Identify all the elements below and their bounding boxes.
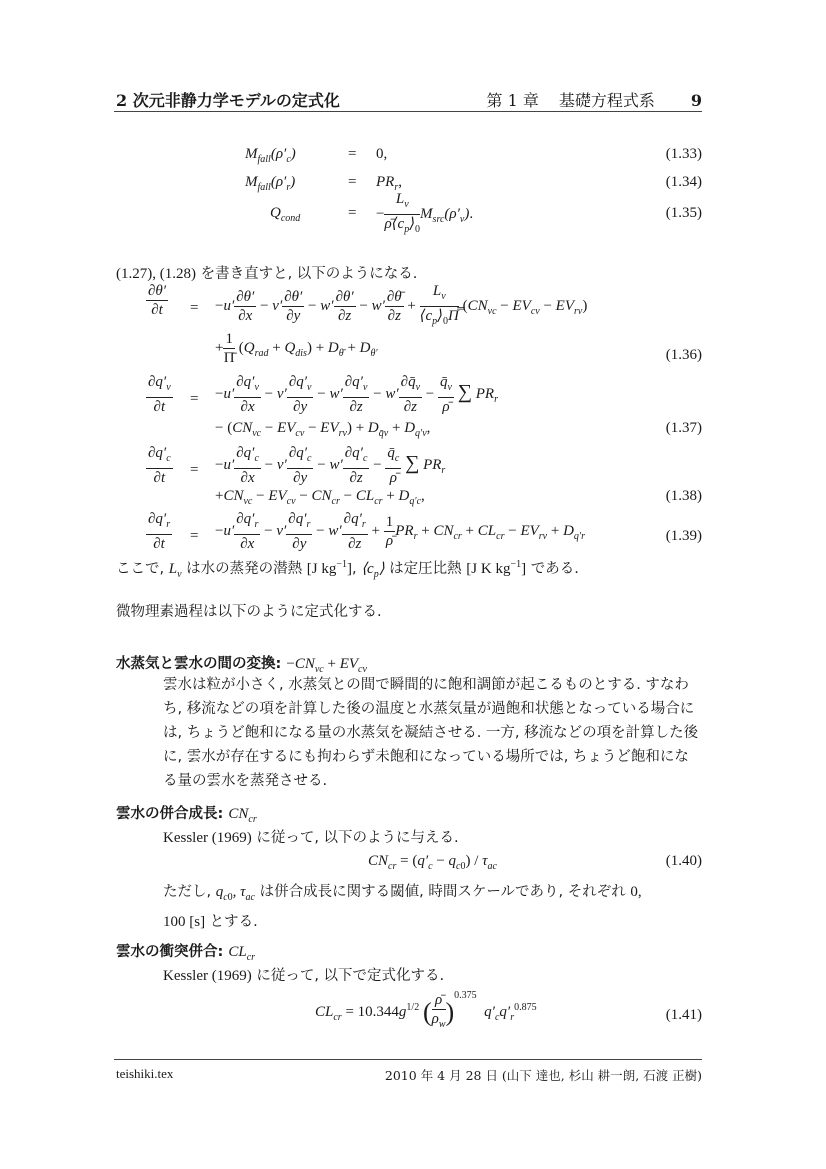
header-rule bbox=[114, 111, 702, 112]
eq-1-38-rhs-line1: −u′∂q′c∂x − v′∂q′c∂y − w′∂q′c∂z − q̄cρ̄ … bbox=[215, 444, 445, 487]
eq-1-35-lhs: Qcond bbox=[270, 205, 300, 224]
eq-1-37-lhs: ∂q′v∂t bbox=[146, 373, 173, 416]
eq-1-40: CNcr = (q′c − qc0) / τac bbox=[368, 853, 497, 872]
section-body-vapor-cloud: 雲水は粒が小さく, 水蒸気との間で瞬間的に飽和調節が起こるものとする. すなわち… bbox=[163, 673, 703, 793]
eq-1-39-rel: = bbox=[190, 528, 198, 545]
footer-rule bbox=[114, 1059, 702, 1060]
definition-text: ここで, Lv は水の蒸発の潜熱 [J kg−1], ⟨cp⟩ は定圧比熱 [J… bbox=[116, 557, 579, 580]
page-number: 9 bbox=[691, 91, 702, 110]
footer-filename: teishiki.tex bbox=[116, 1066, 173, 1082]
eq-1-36-number: (1.36) bbox=[666, 347, 702, 364]
eq-1-33-rel: = bbox=[348, 146, 356, 163]
section-title: 雲水の衝突併合: bbox=[116, 944, 223, 960]
chapter-label: 第 1 章 bbox=[486, 91, 538, 110]
eq-1-36-rhs-line1: −u′∂θ′∂x − v′∂θ′∂y − w′∂θ′∂z − w′∂θ̄∂z +… bbox=[215, 282, 587, 331]
eq-1-38-number: (1.38) bbox=[666, 488, 702, 505]
section-heading-vapor-cloud: 水蒸気と雲水の間の変換: −CNvc + EVcv bbox=[116, 652, 367, 675]
running-header-title: 2 次元非静力学モデルの定式化 bbox=[116, 88, 340, 111]
eq-1-34-rel: = bbox=[348, 174, 356, 191]
eq-1-41: CLcr = 10.344g1/2 (ρ̄ρw)0.375 q′cq′r0.87… bbox=[315, 990, 537, 1034]
eq-1-34-number: (1.34) bbox=[666, 174, 702, 191]
footer-date-authors: 2010 年 4 月 28 日 (山下 達也, 杉山 耕一朗, 石渡 正樹) bbox=[385, 1066, 702, 1084]
eq-1-41-number: (1.41) bbox=[666, 1007, 702, 1024]
eq-1-34-lhs: Mfall(ρ′r) bbox=[245, 174, 295, 193]
section-body-accretion: Kessler (1969) に従って, 以下で定式化する. bbox=[163, 964, 444, 985]
eq-1-37-rel: = bbox=[190, 391, 198, 408]
section-after-autoconversion: ただし, qc0, τac は併合成長に関する閾値, 時間スケールであり, それ… bbox=[163, 880, 703, 934]
eq-1-35-rel: = bbox=[348, 205, 356, 222]
eq-1-36-rel: = bbox=[190, 300, 198, 317]
chapter-title: 基礎方程式系 bbox=[559, 91, 655, 110]
eq-1-33-lhs: Mfall(ρ′c) bbox=[245, 146, 296, 165]
eq-1-38-lhs: ∂q′c∂t bbox=[146, 444, 173, 487]
eq-1-37-rhs-line1: −u′∂q′v∂x − v′∂q′v∂y − w′∂q′v∂z − w′∂q̄v… bbox=[215, 373, 498, 416]
eq-1-38-rel: = bbox=[190, 462, 198, 479]
section-title: 雲水の併合成長: bbox=[116, 806, 223, 822]
micro-intro-text: 微物理素過程は以下のように定式化する. bbox=[116, 600, 382, 621]
intro-text: (1.27), (1.28) を書き直すと, 以下のようになる. bbox=[116, 262, 417, 283]
eq-1-39-number: (1.39) bbox=[666, 528, 702, 545]
section-heading-accretion: 雲水の衝突併合: CLcr bbox=[116, 940, 255, 963]
eq-1-36-rhs-line2: +1Π̄ (Qrad + Qdis) + Dθ̄ + Dθ′ bbox=[215, 330, 378, 367]
eq-1-33-number: (1.33) bbox=[666, 146, 702, 163]
eq-1-33-rhs: 0, bbox=[376, 146, 387, 163]
section-body-autoconversion: Kessler (1969) に従って, 以下のように与える. bbox=[163, 826, 459, 847]
eq-1-35-number: (1.35) bbox=[666, 205, 702, 222]
eq-1-39-rhs-line1: −u′∂q′r∂x − v′∂q′r∂y − w′∂q′r∂z + 1ρ̄PRr… bbox=[215, 510, 585, 553]
running-header-chapter: 第 1 章基礎方程式系9 bbox=[486, 88, 702, 111]
eq-1-37-number: (1.37) bbox=[666, 420, 702, 437]
eq-1-39-lhs: ∂q′r∂t bbox=[146, 510, 172, 553]
eq-1-40-number: (1.40) bbox=[666, 853, 702, 870]
eq-1-36-lhs: ∂θ′∂t bbox=[146, 282, 168, 319]
eq-1-37-rhs-line2: − (CNvc − EVcv − EVrv) + Dq̄v + Dq′v, bbox=[215, 420, 430, 439]
eq-1-38-rhs-line2: +CNvc − EVcv − CNcr − CLcr + Dq′c, bbox=[215, 488, 425, 507]
section-heading-autoconversion: 雲水の併合成長: CNcr bbox=[116, 802, 257, 825]
eq-1-35-rhs: −Lvρ̄⟨cp⟩0Msrc(ρ′v). bbox=[376, 190, 473, 239]
section-title: 水蒸気と雲水の間の変換: bbox=[116, 656, 281, 672]
